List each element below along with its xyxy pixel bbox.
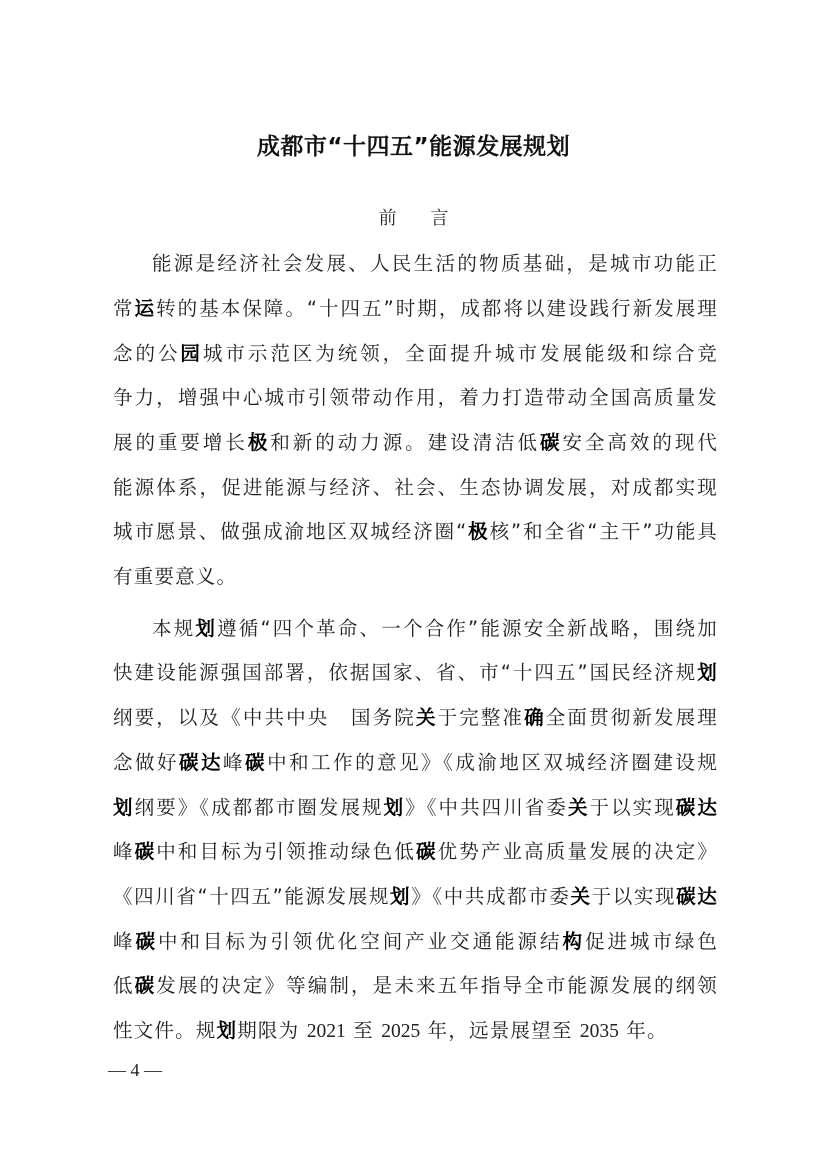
bold-text-run: 划 bbox=[390, 885, 411, 908]
text-run: 低 bbox=[113, 974, 135, 997]
text-line: 峰碳中和目标为引领推动绿色低碳优势产业高质量发展的决定》 bbox=[113, 840, 718, 864]
bold-text-run: 碳达 bbox=[676, 796, 718, 819]
bold-text-run: 碳 bbox=[540, 431, 562, 454]
text-run: 能源是经济社会发展、人民生活的物质基础，是城市功能正 bbox=[152, 252, 718, 275]
text-line: 常运转的基本保障。“十四五”时期，成都将以建设践行新发展理 bbox=[113, 297, 718, 321]
text-run: 常 bbox=[113, 297, 135, 320]
heading-char: 前 bbox=[379, 204, 397, 230]
page-number: — 4 — bbox=[108, 1060, 162, 1081]
text-line: 纲要，以及《中共中央 国务院关于完整准确全面贯彻新发展理 bbox=[113, 706, 718, 730]
bold-text-run: 关 bbox=[568, 796, 590, 819]
text-run: 性文件。规 bbox=[113, 1019, 217, 1042]
text-line: 能源是经济社会发展、人民生活的物质基础，是城市功能正 bbox=[152, 252, 718, 276]
text-run: 有重要意义。 bbox=[113, 565, 237, 588]
text-run: 优势产业高质量发展的决定》 bbox=[438, 840, 718, 863]
text-line: 性文件。规划期限为 2021 至 2025 年，远景展望至 2035 年。 bbox=[113, 1019, 718, 1044]
text-run: 期限为 bbox=[237, 1019, 307, 1042]
text-line: 有重要意义。 bbox=[113, 565, 718, 589]
text-run: 快建设能源强国部署，依据国家、省、市“十四五”国民经济规 bbox=[113, 661, 697, 684]
heading-char: 言 bbox=[430, 204, 448, 230]
text-line: 低碳发展的决定》等编制，是未来五年指导全市能源发展的纲领 bbox=[113, 974, 718, 998]
text-run: 峰 bbox=[113, 930, 135, 953]
year-number: 2035 bbox=[580, 1021, 619, 1042]
text-line: 快建设能源强国部署，依据国家、省、市“十四五”国民经济规划 bbox=[113, 661, 718, 685]
text-line: 念做好碳达峰碳中和工作的意见》《成渝地区双城经济圈建设规 bbox=[113, 751, 718, 775]
bold-text-run: 划 bbox=[217, 1019, 238, 1042]
text-run: 安全高效的现代 bbox=[562, 431, 718, 454]
text-run: 纲要》《成都都市圈发展规 bbox=[135, 796, 384, 819]
text-line: 能源体系，促进能源与经济、社会、生态协调发展，对成都实现 bbox=[113, 476, 718, 500]
text-line: 《四川省“十四五”能源发展规划》《中共成都市委关于以实现碳达 bbox=[113, 885, 718, 909]
text-run: 中和工作的意见》《成渝地区双城经济圈建设规 bbox=[267, 751, 718, 774]
document-title: 成都市“十四五”能源发展规划 bbox=[0, 128, 827, 161]
text-run: 城市示范区为统领，全面提升城市发展能级和综合竞 bbox=[203, 342, 718, 365]
bold-text-run: 极 bbox=[248, 431, 270, 454]
text-line: 念的公园城市示范区为统领，全面提升城市发展能级和综合竞 bbox=[113, 342, 718, 366]
text-run: 本规 bbox=[152, 617, 195, 640]
bold-text-run: 园 bbox=[180, 342, 202, 365]
text-run: 于完整准 bbox=[438, 706, 525, 729]
text-run: 纲要，以及《中共中央 国务院 bbox=[113, 706, 416, 729]
text-run: 发展的决定》等编制，是未来五年指导全市能源发展的纲领 bbox=[156, 974, 718, 997]
bold-text-run: 构 bbox=[562, 930, 584, 953]
text-run: 全面贯彻新发展理 bbox=[546, 706, 718, 729]
text-run: 转的基本保障。“十四五”时期，成都将以建设践行新发展理 bbox=[156, 297, 718, 320]
bold-text-run: 碳 bbox=[135, 974, 157, 997]
bold-text-run: 划 bbox=[195, 617, 217, 640]
bold-text-run: 碳达 bbox=[179, 751, 223, 774]
bold-text-run: 确 bbox=[524, 706, 546, 729]
text-run: 峰 bbox=[223, 751, 245, 774]
text-run: 峰 bbox=[113, 840, 135, 863]
text-run: 念的公 bbox=[113, 342, 180, 365]
text-run: 争力，增强中心城市引领带动作用，着力打造带动全国高质量发 bbox=[113, 386, 718, 409]
text-line: 划纲要》《成都都市圈发展规划》《中共四川省委关于以实现碳达 bbox=[113, 796, 718, 820]
text-run: 能源体系，促进能源与经济、社会、生态协调发展，对成都实现 bbox=[113, 476, 718, 499]
bold-text-run: 碳 bbox=[245, 751, 267, 774]
text-run: 《四川省“十四五”能源发展规 bbox=[113, 885, 390, 908]
bold-text-run: 碳 bbox=[135, 840, 157, 863]
text-run: 核”和全省“主干”功能具 bbox=[490, 520, 718, 543]
text-run: 城市愿景、做强成渝地区双城经济圈“ bbox=[113, 520, 467, 543]
text-line: 展的重要增长极和新的动力源。建设清洁低碳安全高效的现代 bbox=[113, 431, 718, 455]
year-number: 2025 bbox=[381, 1021, 420, 1042]
bold-text-run: 极 bbox=[467, 520, 489, 543]
text-run: 遵循“四个革命、一个合作”能源安全新战略，围绕加 bbox=[217, 617, 718, 640]
text-run: 促进城市绿色 bbox=[585, 930, 718, 953]
text-run: 》《中共成都市委 bbox=[411, 885, 570, 908]
text-line: 峰碳中和目标为引领优化空间产业交通能源结构促进城市绿色 bbox=[113, 930, 718, 954]
bold-text-run: 碳 bbox=[416, 840, 438, 863]
document-page: 成都市“十四五”能源发展规划 前 言 能源是经济社会发展、人民生活的物质基础，是… bbox=[0, 0, 827, 1169]
year-number: 2021 bbox=[307, 1021, 346, 1042]
text-run: 念做好 bbox=[113, 751, 179, 774]
bold-text-run: 划 bbox=[113, 796, 135, 819]
bold-text-run: 划 bbox=[384, 796, 406, 819]
text-line: 城市愿景、做强成渝地区双城经济圈“极核”和全省“主干”功能具 bbox=[113, 520, 718, 544]
text-run: 于以实现 bbox=[590, 796, 676, 819]
text-line: 争力，增强中心城市引领带动作用，着力打造带动全国高质量发 bbox=[113, 386, 718, 410]
text-run: 和新的动力源。建设清洁低 bbox=[270, 431, 540, 454]
text-run: 展的重要增长 bbox=[113, 431, 248, 454]
bold-text-run: 关 bbox=[416, 706, 438, 729]
text-run: 于以实现 bbox=[592, 885, 677, 908]
bold-text-run: 划 bbox=[697, 661, 718, 684]
section-heading-preface: 前 言 bbox=[0, 204, 827, 230]
text-run: 至 bbox=[346, 1019, 382, 1042]
bold-text-run: 碳达 bbox=[676, 885, 718, 908]
bold-text-run: 碳 bbox=[135, 930, 157, 953]
text-run: 年，远景展望至 bbox=[420, 1019, 580, 1042]
text-run: 年。 bbox=[619, 1019, 668, 1042]
text-run: 中和目标为引领推动绿色低 bbox=[156, 840, 416, 863]
text-run: 》《中共四川省委 bbox=[405, 796, 568, 819]
text-run: 中和目标为引领优化空间产业交通能源结 bbox=[158, 930, 563, 953]
text-line: 本规划遵循“四个革命、一个合作”能源安全新战略，围绕加 bbox=[152, 617, 718, 641]
bold-text-run: 关 bbox=[571, 885, 592, 908]
bold-text-run: 运 bbox=[135, 297, 157, 320]
